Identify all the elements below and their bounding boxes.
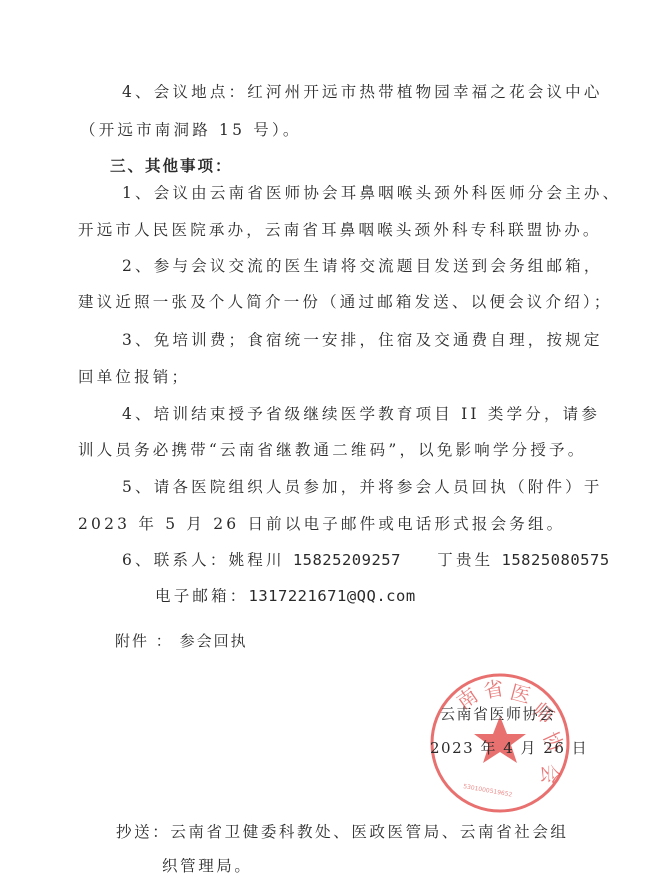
- venue-line-2: （开远市南洞路 15 号）。: [80, 120, 302, 140]
- item-4-line-1: 4、培训结束授予省级继续医学教育项目 II 类学分，请参: [122, 404, 600, 424]
- item-4-line-2: 训人员务必携带“云南省继教通二维码”，以免影响学分授予。: [78, 440, 586, 460]
- cc-line-1: 抄送：云南省卫健委科教处、医政医管局、云南省社会组: [116, 822, 569, 842]
- cc-recipients-1: 云南省卫健委科教处、医政医管局、云南省社会组: [170, 823, 568, 841]
- item-2-line-1: 2、参与会议交流的医生请将交流题目发送到会务组邮箱，: [122, 256, 603, 276]
- signature-date: 2023 年 4 月 26 日: [430, 737, 588, 758]
- item-3-line-1: 3、免培训费；食宿统一安排，住宿及交通费自理，按规定: [122, 330, 603, 350]
- attachment-label: 附件 ：: [115, 632, 173, 650]
- contact-1-name: 姚程川: [229, 551, 285, 569]
- email-line: 电子邮箱：1317221671@QQ.com: [155, 586, 416, 606]
- svg-text:会: 会: [538, 764, 562, 784]
- item-1-line-1: 1、会议由云南省医师协会耳鼻咽喉头颈外科医师分会主办、: [122, 183, 621, 203]
- item-2-line-2: 建议近照一张及个人简介一份（通过邮箱发送、以便会议介绍）；: [78, 292, 613, 312]
- contact-2-phone: 15825080575: [502, 551, 610, 569]
- svg-text:5301000519652: 5301000519652: [463, 783, 513, 799]
- item-1-line-2: 开远市人民医院承办，云南省耳鼻咽喉头颈外科专科联盟协办。: [78, 220, 602, 240]
- section-heading-other-matters: 三、其他事项：: [110, 156, 233, 176]
- contacts-label: 6、联系人：: [122, 551, 229, 569]
- email-label: 电子邮箱：: [155, 587, 249, 605]
- contact-1-phone: 15825209257: [293, 551, 401, 569]
- attachment-value: 参会回执: [180, 632, 248, 650]
- attachment-line: 附件 ： 参会回执: [115, 631, 248, 651]
- svg-text:省: 省: [482, 676, 506, 703]
- cc-line-2: 织管理局。: [162, 856, 253, 876]
- email-address[interactable]: 1317221671@QQ.com: [249, 587, 416, 605]
- contacts-line: 6、联系人：姚程川 15825209257 丁贵生 15825080575: [122, 550, 610, 570]
- cc-label: 抄送：: [116, 823, 170, 841]
- item-3-line-2: 回单位报销；: [78, 367, 190, 387]
- contact-2-name: 丁贵生: [437, 551, 493, 569]
- signature-organization: 云南省医师协会: [440, 703, 556, 724]
- venue-line-1: 4、会议地点：红河州开远市热带植物园幸福之花会议中心: [122, 82, 603, 102]
- item-5-line-2: 2023 年 5 月 26 日前以电子邮件或电话形式报会务组。: [78, 514, 565, 534]
- item-5-line-1: 5、请各医院组织人员参加，并将参会人员回执（附件）于: [122, 477, 603, 497]
